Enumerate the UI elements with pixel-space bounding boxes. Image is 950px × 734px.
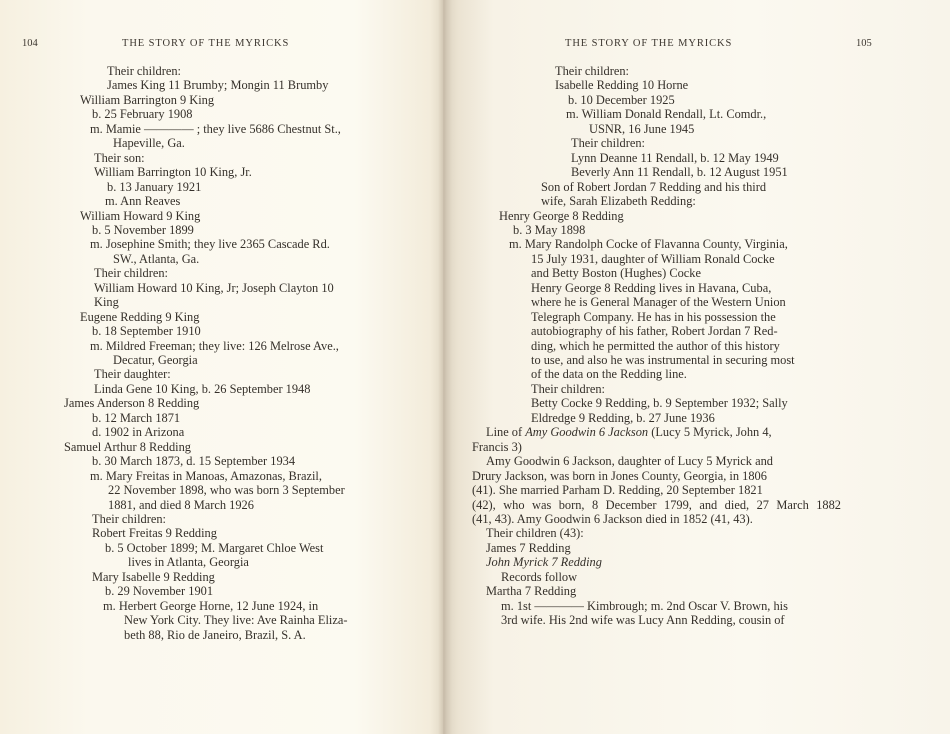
text-line: James King 11 Brumby; Mongin 11 Brumby [107,78,328,92]
right-page-number: 105 [856,38,872,49]
text-line: John Myrick 7 Redding [486,555,602,569]
text-line: Samuel Arthur 8 Redding [64,440,191,454]
text-line: (42), who was born, 8 December 1799, and… [472,498,841,512]
text-line: 22 November 1898, who was born 3 Septemb… [108,483,345,497]
text-line: b. 5 October 1899; M. Margaret Chloe Wes… [105,541,323,555]
text-line: Their children: [92,512,166,526]
text-line: m. Mildred Freeman; they live: 126 Melro… [90,339,339,353]
text-line: Robert Freitas 9 Redding [92,526,217,540]
text-line: Mary Isabelle 9 Redding [92,570,215,584]
left-page-number: 104 [22,38,38,49]
text-line: 1881, and died 8 March 1926 [108,498,254,512]
text-line: Telegraph Company. He has in his possess… [531,310,776,324]
text-line: Their children (43): [486,526,584,540]
text-line: wife, Sarah Elizabeth Redding: [541,194,696,208]
text-line: b. 13 January 1921 [107,180,201,194]
text-line: Francis 3) [472,440,522,454]
text-line: m. 1st ———— Kimbrough; m. 2nd Oscar V. B… [501,599,788,613]
left-running-head: THE STORY OF THE MYRICKS [122,38,289,49]
text-line: Their children: [107,64,181,78]
text-line: Lynn Deanne 11 Rendall, b. 12 May 1949 [571,151,779,165]
text-line: b. 29 November 1901 [105,584,213,598]
text-line: autobiography of his father, Robert Jord… [531,324,778,338]
text-line: m. Herbert George Horne, 12 June 1924, i… [103,599,318,613]
text-line: Isabelle Redding 10 Horne [555,78,688,92]
text-line: Eugene Redding 9 King [80,310,199,324]
text-line: m. Mamie ———— ; they live 5686 Chestnut … [90,122,341,136]
text-line: New York City. They live: Ave Rainha Eli… [124,613,347,627]
text-line: of the data on the Redding line. [531,367,687,381]
text-line: m. Josephine Smith; they live 2365 Casca… [90,237,330,251]
right-running-head: THE STORY OF THE MYRICKS [565,38,732,49]
text-line: where he is General Manager of the Weste… [531,295,786,309]
text-line: USNR, 16 June 1945 [589,122,694,136]
text-line: b. 3 May 1898 [513,223,585,237]
text-line: beth 88, Rio de Janeiro, Brazil, S. A. [124,628,306,642]
text-line: Betty Cocke 9 Redding, b. 9 September 19… [531,396,788,410]
text-line: James Anderson 8 Redding [64,396,199,410]
right-page: THE STORY OF THE MYRICKS 105 Their child… [443,0,950,734]
text-line: 3rd wife. His 2nd wife was Lucy Ann Redd… [501,613,785,627]
text-line: Henry George 8 Redding [499,209,624,223]
text-span: (Lucy 5 Myrick, John 4, [648,425,772,439]
text-line: Their daughter: [94,367,171,381]
book-gutter [438,0,452,734]
text-line: Amy Goodwin 6 Jackson, daughter of Lucy … [486,454,773,468]
text-line: (41). She married Parham D. Redding, 20 … [472,483,763,497]
text-line: Their children: [531,382,605,396]
text-line: Drury Jackson, was born in Jones County,… [472,469,767,483]
text-line: b. 25 February 1908 [92,107,193,121]
text-line: 15 July 1931, daughter of William Ronald… [531,252,775,266]
text-line: William Howard 10 King, Jr; Joseph Clayt… [94,281,334,295]
text-line: m. Mary Freitas in Manoas, Amazonas, Bra… [90,469,322,483]
text-line: b. 30 March 1873, d. 15 September 1934 [92,454,295,468]
text-line: Records follow [501,570,577,584]
text-line: Their children: [555,64,629,78]
text-span: Line of [486,425,525,439]
text-line: b. 10 December 1925 [568,93,675,107]
text-line: and Betty Boston (Hughes) Cocke [531,266,701,280]
text-line: Henry George 8 Redding lives in Havana, … [531,281,771,295]
book-spread: 104 THE STORY OF THE MYRICKS Their child… [0,0,950,734]
text-line: to use, and also he was instrumental in … [531,353,795,367]
text-line: James 7 Redding [486,541,571,555]
text-line: Martha 7 Redding [486,584,576,598]
text-line: King [94,295,119,309]
text-line: William Howard 9 King [80,209,200,223]
text-line: Their children: [94,266,168,280]
text-line: William Barrington 9 King [80,93,214,107]
italic-name: Amy Goodwin 6 Jackson [525,425,648,439]
text-line: m. Ann Reaves [105,194,180,208]
text-line: Linda Gene 10 King, b. 26 September 1948 [94,382,310,396]
text-line: b. 12 March 1871 [92,411,180,425]
text-line: Eldredge 9 Redding, b. 27 June 1936 [531,411,715,425]
text-line: Line of Amy Goodwin 6 Jackson (Lucy 5 My… [486,425,772,439]
text-line: ding, which he permitted the author of t… [531,339,780,353]
text-line: Hapeville, Ga. [113,136,185,150]
text-line: SW., Atlanta, Ga. [113,252,199,266]
text-line: (41, 43). Amy Goodwin 6 Jackson died in … [472,512,753,526]
text-line: lives in Atlanta, Georgia [128,555,249,569]
text-line: William Barrington 10 King, Jr. [94,165,252,179]
text-line: m. Mary Randolph Cocke of Flavanna Count… [509,237,788,251]
text-line: b. 18 September 1910 [92,324,201,338]
left-page: 104 THE STORY OF THE MYRICKS Their child… [0,0,443,734]
text-line: Their son: [94,151,145,165]
text-line: Beverly Ann 11 Rendall, b. 12 August 195… [571,165,788,179]
text-line: Their children: [571,136,645,150]
text-line: d. 1902 in Arizona [92,425,184,439]
text-line: m. William Donald Rendall, Lt. Comdr., [566,107,766,121]
text-line: Decatur, Georgia [113,353,198,367]
text-line: Son of Robert Jordan 7 Redding and his t… [541,180,766,194]
text-line: b. 5 November 1899 [92,223,194,237]
